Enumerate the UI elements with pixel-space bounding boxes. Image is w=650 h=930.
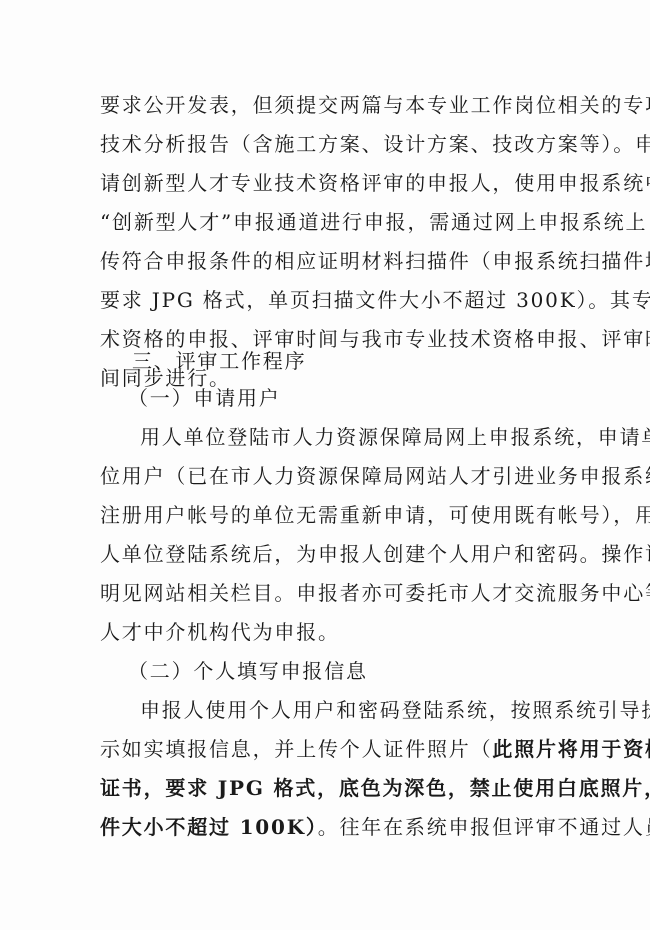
text-normal: 。往年在系统申报但评审不通过人员， (318, 815, 650, 839)
paragraph-line: 要求 JPG 格式，单页扫描文件大小不超过 300K）。其专业技 (100, 285, 570, 315)
paragraph-line-bold: 证书，要求 JPG 格式，底色为深色，禁止使用白底照片，文 (100, 773, 570, 803)
paragraph-line: 人单位登陆系统后，为申报人创建个人用户和密码。操作说 (100, 539, 570, 569)
text-bold: 此照片将用于资格 (492, 737, 650, 761)
text-normal: 示如实填报信息，并上传个人证件照片（ (100, 737, 492, 761)
paragraph-line: 请创新型人才专业技术资格评审的申报人，使用申报系统中 (100, 168, 570, 198)
paragraph-line: 要求公开发表，但须提交两篇与本专业工作岗位相关的专项 (100, 90, 570, 120)
paragraph-line: 人才中介机构代为申报。 (100, 617, 570, 647)
paragraph-line: 用人单位登陆市人力资源保障局网上申报系统，申请单 (140, 422, 570, 452)
document-page: 要求公开发表，但须提交两篇与本专业工作岗位相关的专项 技术分析报告（含施工方案、… (0, 0, 650, 930)
text-bold: 件大小不超过 100K） (100, 815, 318, 839)
paragraph-line: 位用户（已在市人力资源保障局网站人才引进业务申报系统 (100, 461, 570, 491)
paragraph-line: 技术分析报告（含施工方案、设计方案、技改方案等）。申 (100, 129, 570, 159)
section-heading: 三、评审工作程序 (132, 346, 432, 376)
paragraph-line: 明见网站相关栏目。申报者亦可委托市人才交流服务中心等 (100, 578, 570, 608)
paragraph-line: 传符合申报条件的相应证明材料扫描件（申报系统扫描件均 (100, 246, 570, 276)
paragraph-line: 件大小不超过 100K）。往年在系统申报但评审不通过人员， (100, 812, 570, 842)
subsection-heading: （二）个人填写申报信息 (128, 656, 428, 686)
paragraph-line: “创新型人才”申报通道进行申报，需通过网上申报系统上 (100, 207, 570, 237)
paragraph-line: 示如实填报信息，并上传个人证件照片（此照片将用于资格 (100, 734, 570, 764)
subsection-heading: （一）申请用户 (128, 383, 428, 413)
paragraph-line: 申报人使用个人用户和密码登陆系统，按照系统引导提 (140, 695, 570, 725)
paragraph-line: 注册用户帐号的单位无需重新申请，可使用既有帐号），用 (100, 500, 570, 530)
